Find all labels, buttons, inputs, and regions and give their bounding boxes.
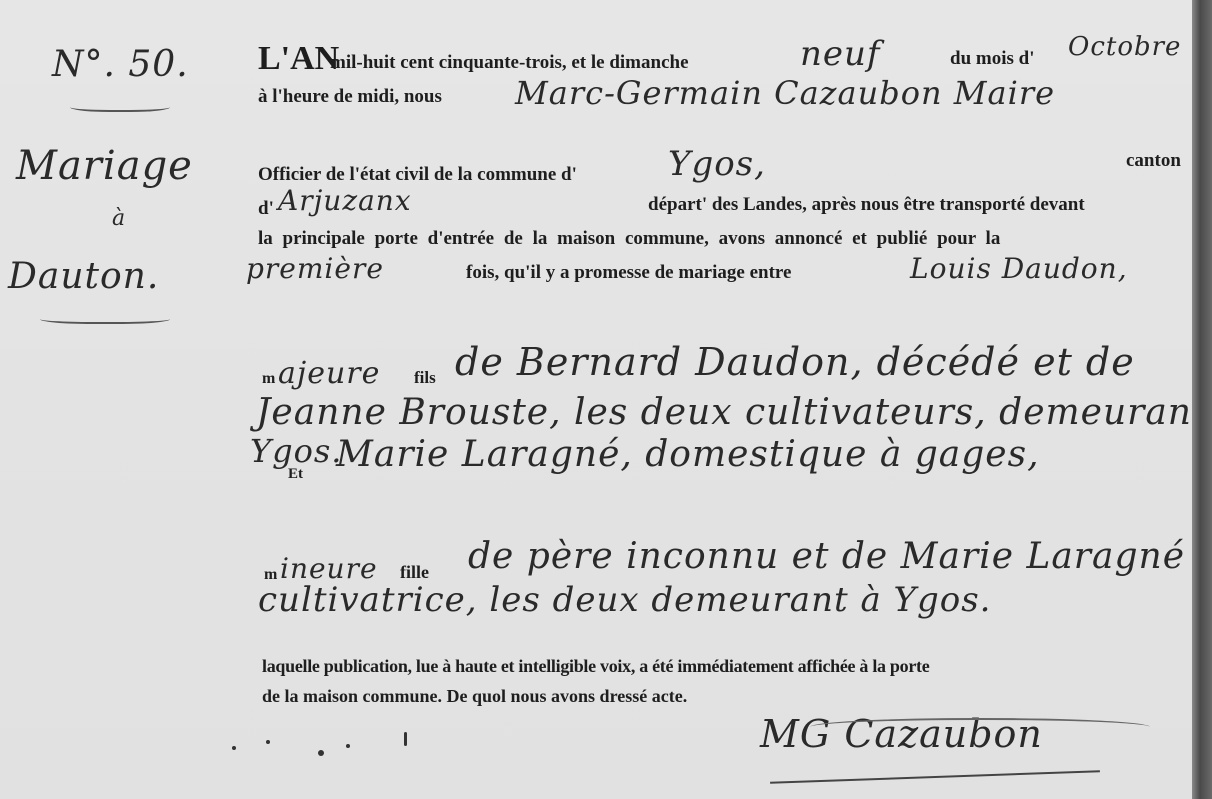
line-1-opening: L'AN xyxy=(258,40,339,78)
line-13-closing: de la maison commune. De quol nous avons… xyxy=(262,686,687,707)
registry-page: N°. 50. Mariage à Dauton. L'AN mil-huit … xyxy=(0,0,1192,799)
margin-title: Mariage xyxy=(16,143,193,189)
ink-speck xyxy=(266,740,270,744)
margin-flourish xyxy=(40,312,170,324)
margin-name: Dauton. xyxy=(8,256,159,297)
hand-bride-residence: cultivatrice, les deux demeurant à Ygos. xyxy=(258,580,991,620)
ink-speck xyxy=(318,750,324,756)
hand-groom-status: ajeure xyxy=(278,356,380,391)
hand-officer: Marc-Germain Cazaubon Maire xyxy=(515,74,1055,112)
hand-groom-residence: Ygos. xyxy=(250,432,342,470)
hand-day: neuf xyxy=(800,34,881,74)
line-4-d: d' xyxy=(258,198,274,220)
hand-groom-mother: Jeanne Brouste, les deux cultivateurs, d… xyxy=(256,392,1212,433)
line-1-year: mil-huit cent cinquante-trois, et le dim… xyxy=(330,52,689,74)
hand-bride: Marie Laragné, domestique à gages, xyxy=(336,434,1040,475)
line-4-department: départ' des Landes, après nous être tran… xyxy=(648,194,1085,216)
line-7-m: m xyxy=(262,370,275,388)
line-1-month-label: du mois d' xyxy=(950,48,1034,70)
line-6-promise: fois, qu'il y a promesse de mariage entr… xyxy=(466,262,791,284)
ink-speck xyxy=(404,732,407,746)
drop-cap: L'AN xyxy=(258,40,339,77)
margin-column: N°. 50. Mariage à Dauton. xyxy=(0,0,240,799)
line-3-canton: canton xyxy=(1126,150,1181,172)
hand-ordinal: première xyxy=(246,252,384,285)
signature-flourish xyxy=(810,718,1150,736)
line-2-hour: à l'heure de midi, nous xyxy=(258,86,442,108)
page-edge xyxy=(1192,0,1212,799)
ink-speck xyxy=(346,744,350,748)
act-number: N°. 50. xyxy=(52,44,189,85)
line-3-officer: Officier de l'état civil de la commune d… xyxy=(258,164,577,186)
ink-speck xyxy=(232,746,236,750)
line-7-fils: fils xyxy=(414,368,436,388)
hand-bride-parents: de père inconnu et de Marie Laragné xyxy=(468,536,1185,577)
line-9-et: Et xyxy=(288,466,303,483)
signature-underline xyxy=(770,770,1100,784)
margin-preposition: à xyxy=(112,206,126,231)
hand-canton: Arjuzanx xyxy=(278,184,412,217)
margin-flourish xyxy=(70,100,170,112)
line-12-posting: laquelle publication, lue à haute et int… xyxy=(262,656,929,677)
hand-groom: Louis Daudon, xyxy=(910,252,1128,285)
hand-groom-parents: de Bernard Daudon, décédé et de xyxy=(455,340,1135,384)
line-5-publication: la principale porte d'entrée de la maiso… xyxy=(258,228,1000,250)
hand-month: Octobre xyxy=(1068,32,1181,62)
hand-commune: Ygos, xyxy=(668,144,766,184)
